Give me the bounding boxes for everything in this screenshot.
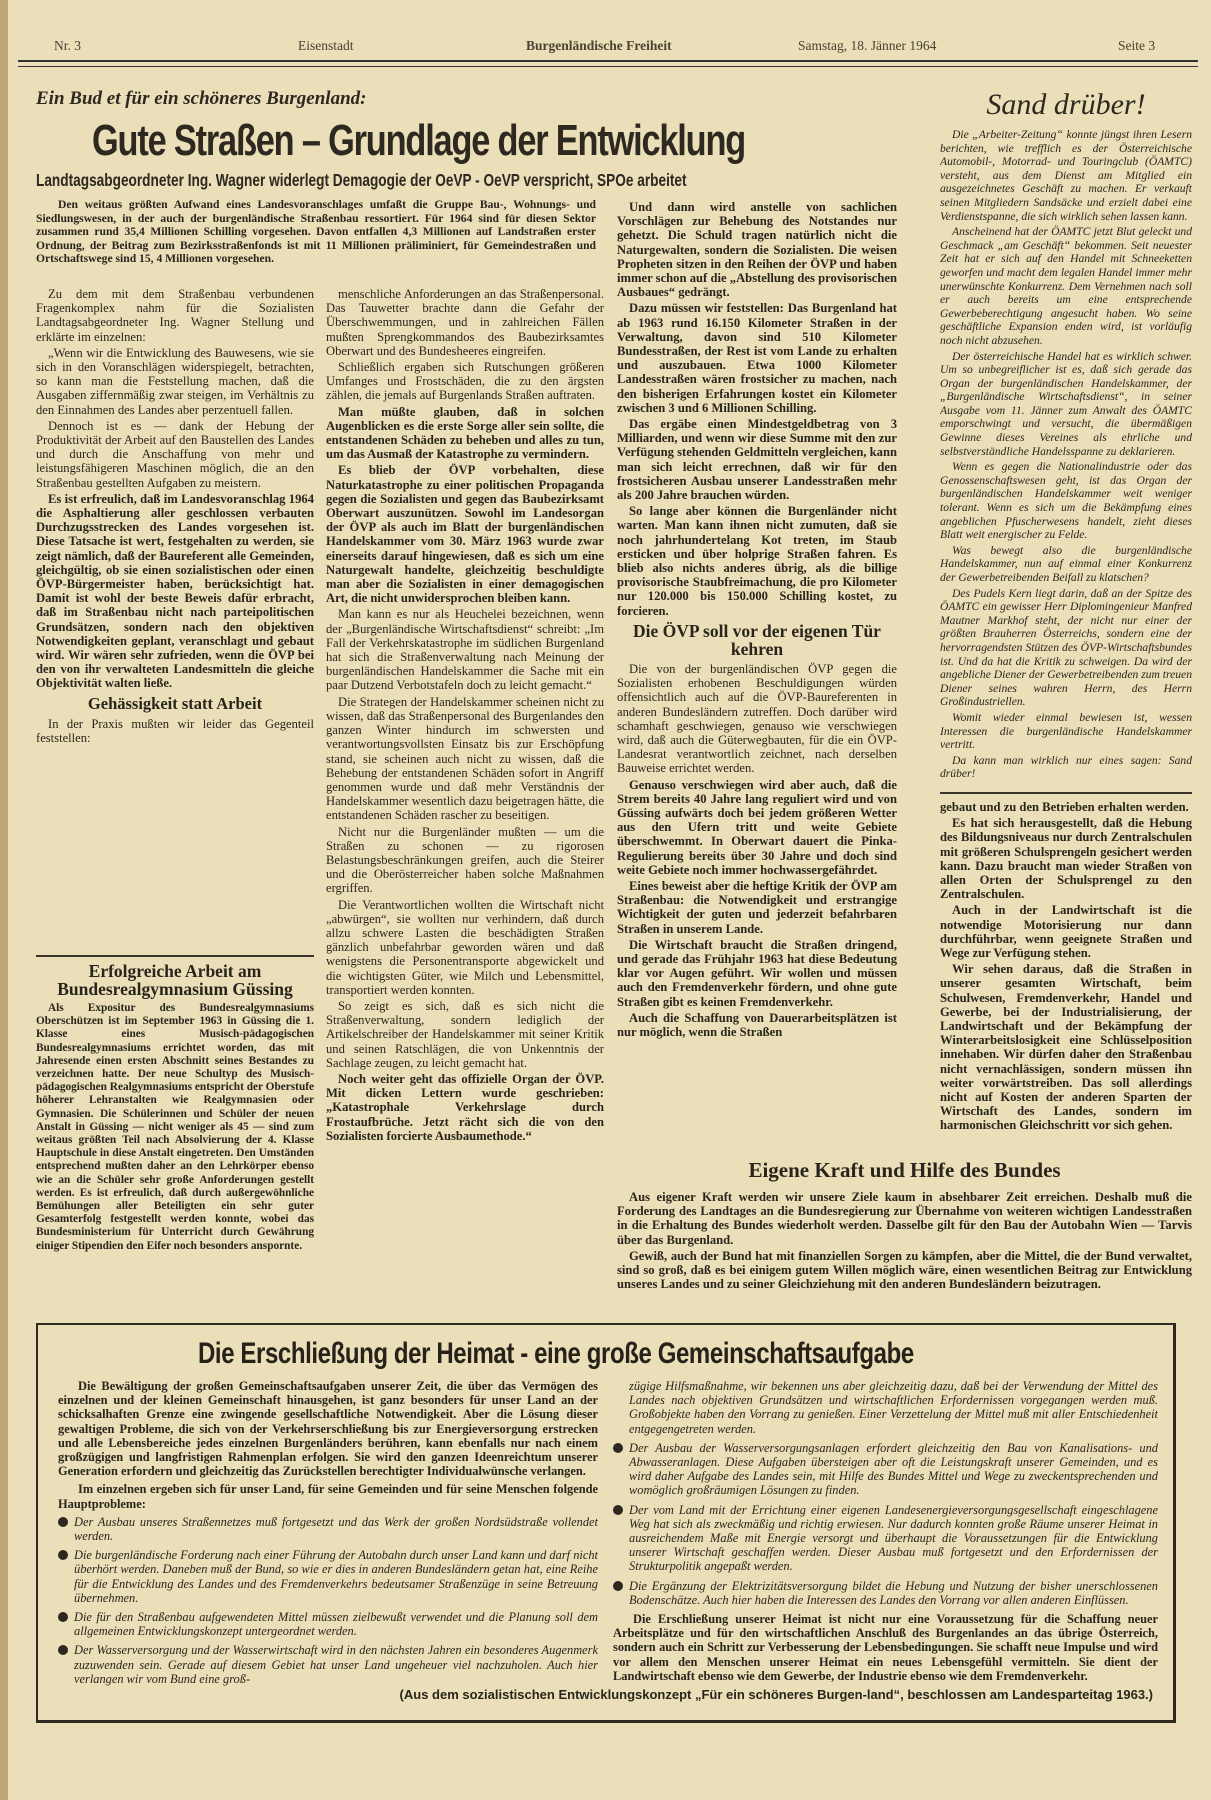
bullet-dot-icon xyxy=(58,1645,68,1655)
box-closing: Die Erschließung unserer Heimat ist nich… xyxy=(613,1612,1158,1683)
bullet-item: Der Ausbau unseres Straßennetzes muß for… xyxy=(58,1515,598,1543)
paragraph: Die Wirtschaft braucht die Straßen dring… xyxy=(617,938,897,1009)
column-1: Zu dem mit dem Straßenbau verbundenen Fr… xyxy=(36,287,314,747)
sidebar-body: Die „Arbeiter-Zeitung“ konnte jüngst ihr… xyxy=(940,128,1192,808)
box-continuation: zügige Hilfsmaßnahme, wir bekennen uns a… xyxy=(629,1379,1158,1436)
sidebar-paragraph: Anscheinend hat der ÖAMTC jetzt Blut gel… xyxy=(940,225,1192,347)
paragraph: Es ist erfreulich, daß im Landesvoransch… xyxy=(36,492,314,691)
school-article-body: Als Expositur des Bundesrealgymnasiums O… xyxy=(36,1002,314,1253)
paragraph: Aus eigener Kraft werden wir unsere Ziel… xyxy=(617,1190,1192,1247)
paragraph: „Wenn wir die Entwicklung des Bauwesens,… xyxy=(36,346,314,417)
paragraph: Es hat sich herausgestellt, daß die Hebu… xyxy=(940,816,1192,901)
issue-date: Samstag, 18. Jänner 1964 xyxy=(798,38,936,54)
school-article-heading: Erfolgreiche Arbeit am Bundesrealgymnasi… xyxy=(36,962,314,998)
bullet-item: Der vom Land mit der Errichtung einer ei… xyxy=(613,1503,1158,1574)
column-4: gebaut und zu den Betrieben erhalten wer… xyxy=(940,800,1192,1145)
bullet-dot-icon xyxy=(613,1505,623,1515)
paragraph: Noch weiter geht das offizielle Organ de… xyxy=(326,1072,604,1143)
subhead: Landtagsabgeordneter Ing. Wagner widerle… xyxy=(36,170,687,191)
bullet-item: Die Ergänzung der Elektrizitätsversorgun… xyxy=(613,1579,1158,1607)
paragraph: Wir sehen daraus, daß die Straßen in uns… xyxy=(940,962,1192,1132)
column-3: Und dann wird anstelle von sachlichen Vo… xyxy=(617,200,897,1120)
paragraph: Das ergäbe einen Mindestgeldbetrag von 3… xyxy=(617,417,897,502)
paragraph: Gewiß, auch der Bund hat mit finanzielle… xyxy=(617,1249,1192,1292)
bullet-dot-icon xyxy=(58,1550,68,1560)
masthead: Nr. 3 Eisenstadt Burgenländische Freihei… xyxy=(18,38,1198,58)
paragraph: Die von der burgenländischen ÖVP gegen d… xyxy=(617,662,897,776)
paper-name: Burgenländische Freiheit xyxy=(526,38,672,54)
bullet-dot-icon xyxy=(58,1612,68,1622)
paragraph: Dennoch ist es — dank der Hebung der Pro… xyxy=(36,419,314,490)
sidebar-paragraph: Wenn es gegen die Nationalindustrie oder… xyxy=(940,460,1192,542)
sidebar-paragraph: Womit wieder einmal bewiesen ist, wessen… xyxy=(940,711,1192,752)
box-intro-2: Im einzelnen ergeben sich für unser Land… xyxy=(58,1482,598,1510)
lead-paragraph: Den weitaus größten Aufwand eines Landes… xyxy=(36,198,596,266)
final-section: Eigene Kraft und Hilfe des Bundes Aus ei… xyxy=(617,1150,1192,1293)
bullet-dot-icon xyxy=(613,1443,623,1453)
sidebar-column: Sand drüber! Die „Arbeiter-Zeitung“ konn… xyxy=(940,88,1192,808)
school-article: Erfolgreiche Arbeit am Bundesrealgymnasi… xyxy=(36,962,314,1255)
paragraph: In der Praxis mußten wir leider das Gege… xyxy=(36,717,314,745)
bullet-dot-icon xyxy=(58,1517,68,1527)
sidebar-paragraph: Die „Arbeiter-Zeitung“ konnte jüngst ihr… xyxy=(940,128,1192,223)
bullet-item: Die für den Straßenbau aufgewendeten Mit… xyxy=(58,1610,598,1638)
box-title: Die Erschließung der Heimat - eine große… xyxy=(198,1337,914,1371)
bullet-item: Die burgenländische Forderung nach einer… xyxy=(58,1548,598,1605)
column-separator xyxy=(36,955,314,957)
paragraph: menschliche Anforderungen an das Straßen… xyxy=(326,287,604,358)
section-heading: Die ÖVP soll vor der eigenen Tür kehren xyxy=(617,622,897,658)
newspaper-page: Nr. 3 Eisenstadt Burgenländische Freihei… xyxy=(0,0,1211,1800)
paragraph: Zu dem mit dem Straßenbau verbundenen Fr… xyxy=(36,287,314,344)
paragraph: Die Strategen der Handelskammer scheinen… xyxy=(326,695,604,823)
paragraph: Es blieb der ÖVP vorbehalten, diese Natu… xyxy=(326,463,604,605)
masthead-rule xyxy=(18,60,1198,67)
paragraph: gebaut und zu den Betrieben erhalten wer… xyxy=(940,800,1192,814)
paragraph: Auch die Schaffung von Dauerarbeitsplätz… xyxy=(617,1011,897,1039)
sidebar-paragraph: Des Pudels Kern liegt darin, daß an der … xyxy=(940,587,1192,709)
paragraph: Nicht nur die Burgenländer mußten — um d… xyxy=(326,825,604,896)
kicker: Ein Bud et für ein schöneres Burgenland: xyxy=(36,88,366,110)
box-right-column: zügige Hilfsmaßnahme, wir bekennen uns a… xyxy=(613,1379,1158,1687)
paragraph: Eines beweist aber die heftige Kritik de… xyxy=(617,879,897,936)
issue-number: Nr. 3 xyxy=(54,38,81,54)
paragraph: So zeigt es sich, daß es sich nicht die … xyxy=(326,999,604,1070)
box-left-column: Die Bewältigung der großen Gemeinschafts… xyxy=(58,1379,598,1691)
paragraph: So lange aber können die Burgenländer ni… xyxy=(617,504,897,618)
city: Eisenstadt xyxy=(298,38,354,54)
final-heading: Eigene Kraft und Hilfe des Bundes xyxy=(617,1158,1192,1182)
paragraph: Die Verantwortlichen wollten die Wirtsch… xyxy=(326,898,604,997)
headline: Gute Straßen – Grundlage der Entwicklung xyxy=(92,116,745,166)
paragraph: Auch in der Landwirtschaft ist die notwe… xyxy=(940,903,1192,960)
paragraph: Dazu müssen wir feststellen: Das Burgenl… xyxy=(617,301,897,415)
column-2: menschliche Anforderungen an das Straßen… xyxy=(326,287,604,1277)
bullet-item: Der Ausbau der Wasserversorgungsanlagen … xyxy=(613,1441,1158,1498)
paragraph: Man müßte glauben, daß in solchen Augenb… xyxy=(326,405,604,462)
sidebar-paragraph: Da kann man wirklich nur eines sagen: Sa… xyxy=(940,754,1192,781)
paragraph: Man kann es nur als Heuchelei bezeichnen… xyxy=(326,607,604,692)
section-heading: Gehässigkeit statt Arbeit xyxy=(36,695,314,713)
bullet-dot-icon xyxy=(613,1581,623,1591)
sidebar-paragraph: Was bewegt also die burgenländische Hand… xyxy=(940,544,1192,585)
sidebar-paragraph: Der österreichische Handel hat es wirkli… xyxy=(940,350,1192,459)
page-number: Seite 3 xyxy=(1118,38,1155,54)
paragraph: Schließlich ergaben sich Rutschungen grö… xyxy=(326,360,604,403)
sidebar-separator xyxy=(940,792,1192,794)
box-source-note: (Aus dem sozialistischen Entwicklungskon… xyxy=(400,1687,1153,1702)
paragraph: Und dann wird anstelle von sachlichen Vo… xyxy=(617,200,897,299)
box-intro-1: Die Bewältigung der großen Gemeinschafts… xyxy=(58,1379,598,1478)
paragraph: Genauso verschwiegen wird aber auch, daß… xyxy=(617,778,897,877)
boxed-article: Die Erschließung der Heimat - eine große… xyxy=(36,1323,1176,1723)
bullet-item: Der Wasserversorgung und der Wasserwirts… xyxy=(58,1643,598,1686)
sidebar-title: Sand drüber! xyxy=(940,88,1192,122)
